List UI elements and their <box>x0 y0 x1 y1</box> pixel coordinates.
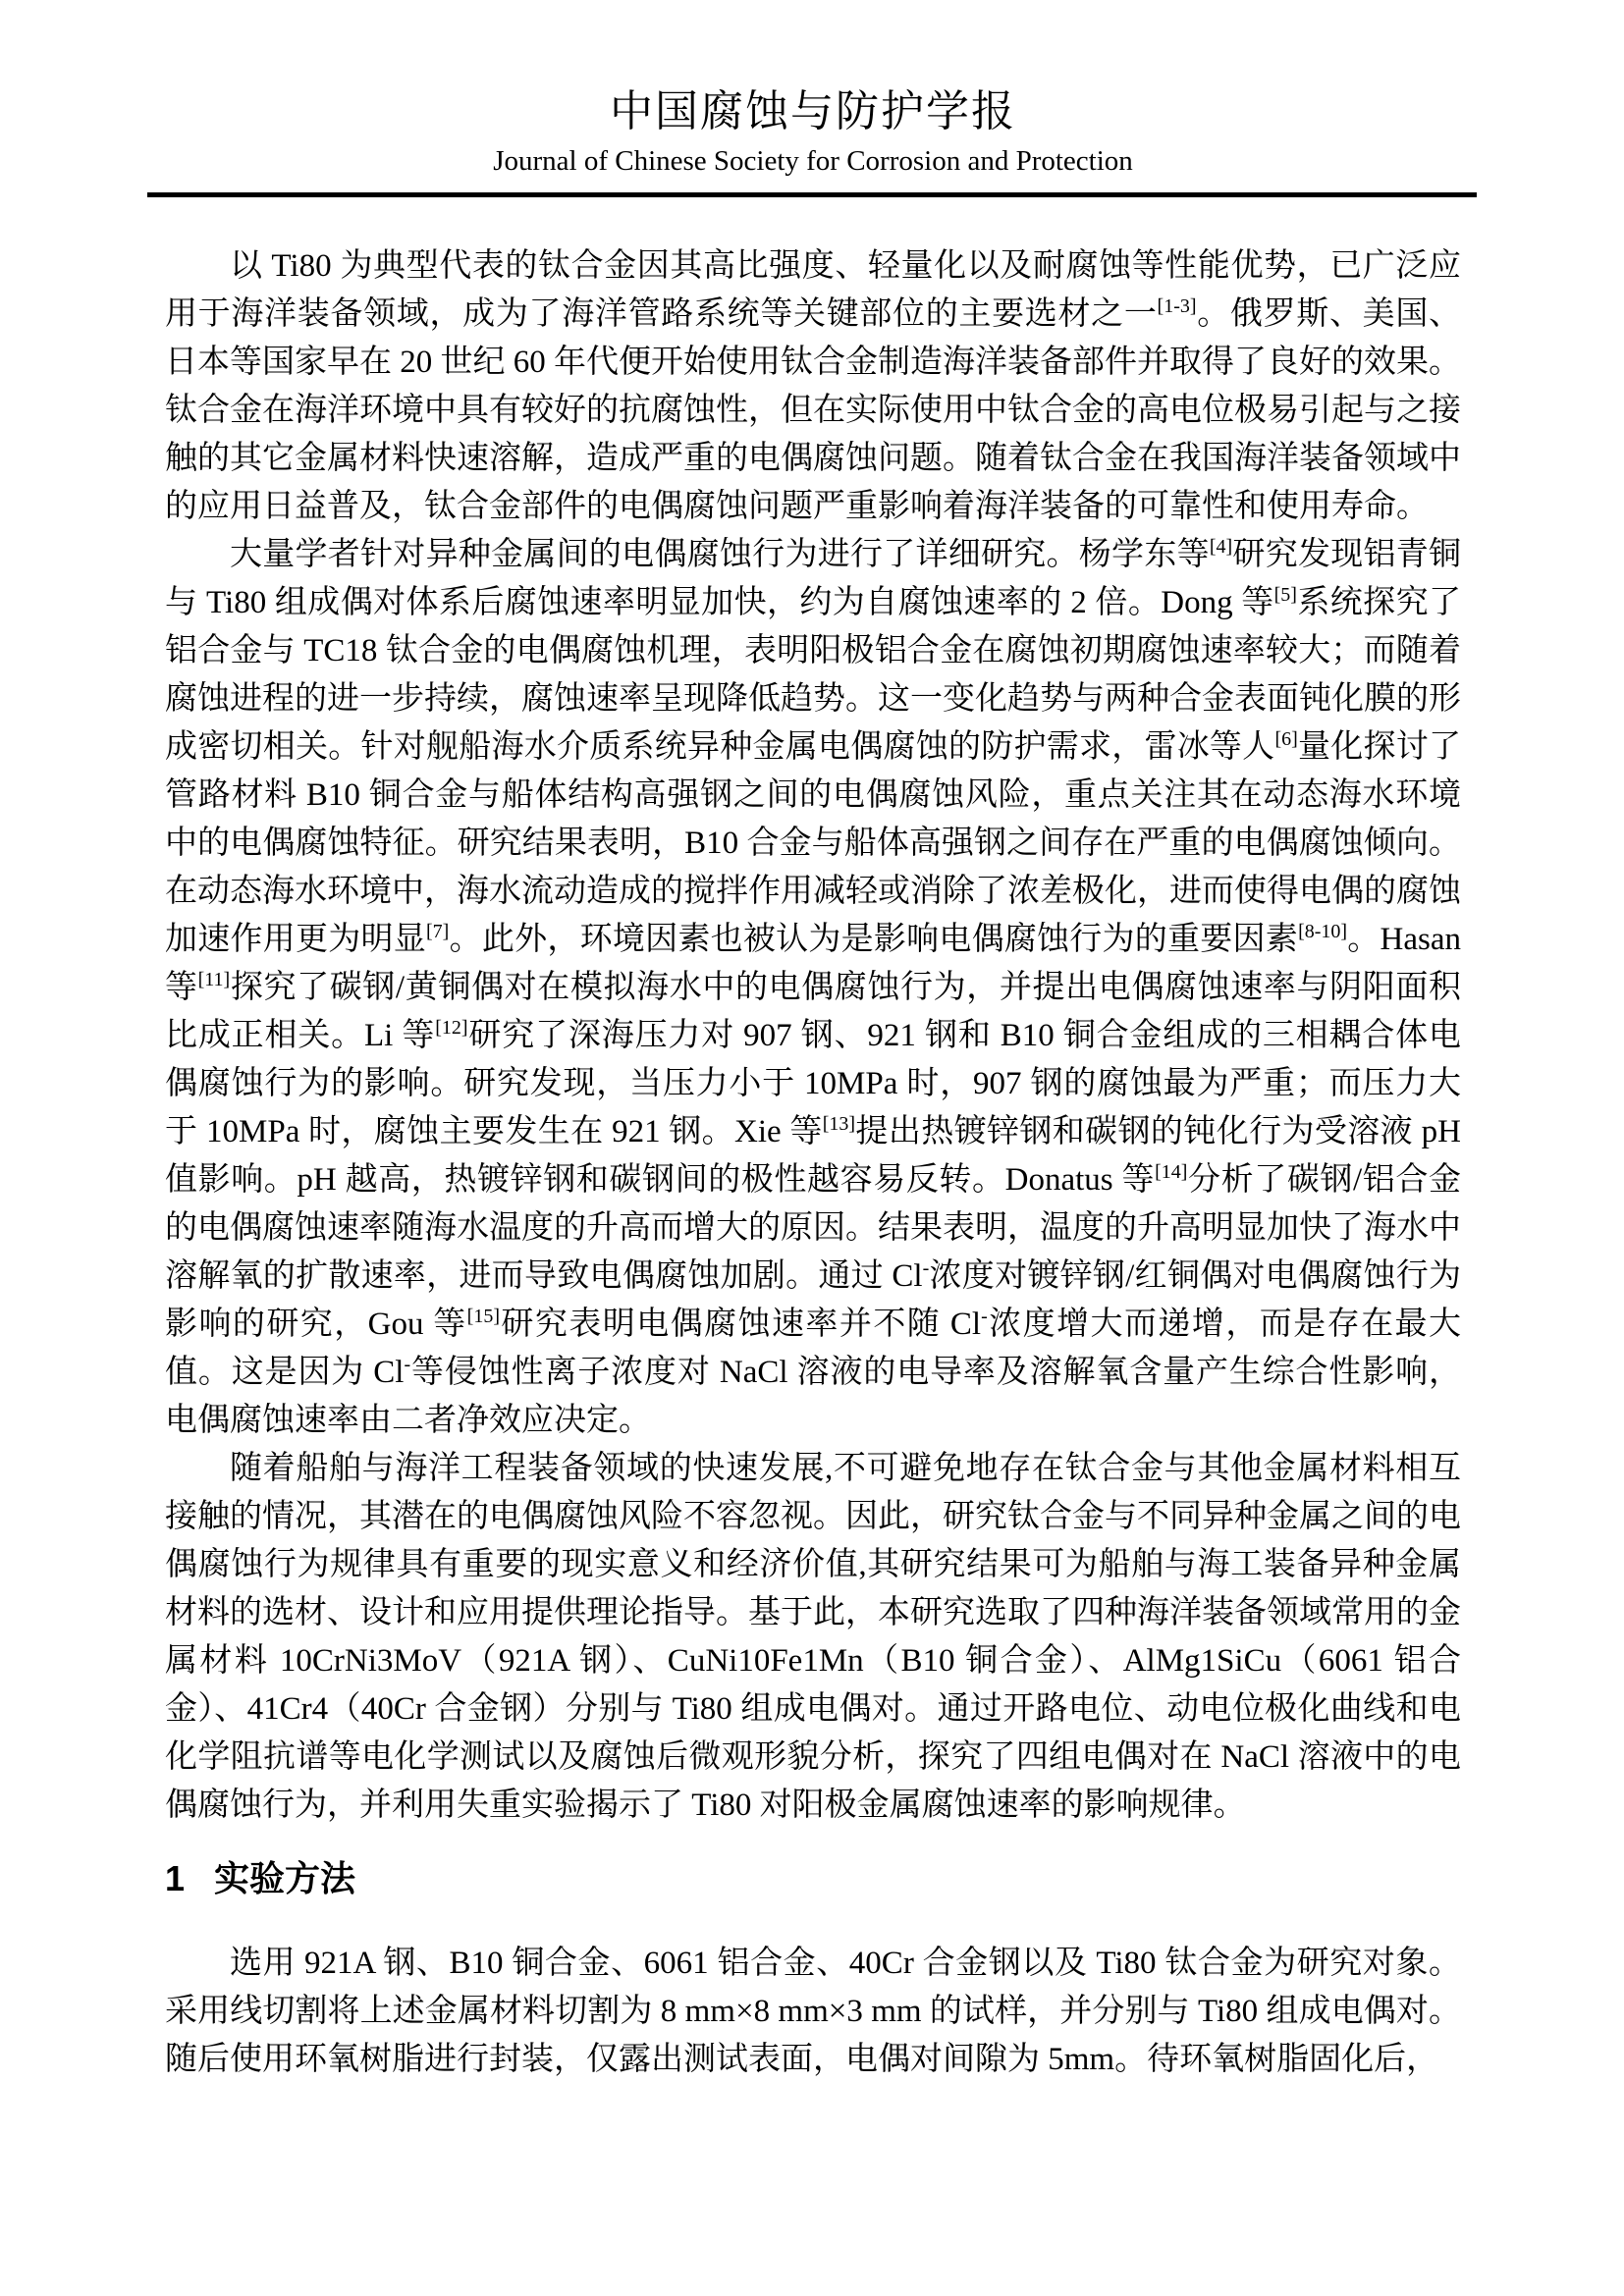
citation-ref: [5] <box>1274 584 1297 606</box>
citation-ref: [4] <box>1210 536 1232 558</box>
manuscript-page: 中国腐蚀与防护学报 Journal of Chinese Society for… <box>0 0 1624 2296</box>
paragraph-text: 随着船舶与海洋工程装备领域的快速发展,不可避免地存在钛合金与其他金属材料相互接触… <box>165 1451 1461 1823</box>
paragraph-text: 。此外，环境因素也被认为是影响电偶腐蚀行为的重要因素 <box>449 922 1298 957</box>
header-divider-rule <box>147 192 1477 197</box>
citation-ref: [13] <box>823 1113 855 1135</box>
journal-header: 中国腐蚀与防护学报 Journal of Chinese Society for… <box>165 84 1461 197</box>
citation-ref: [8-10] <box>1298 921 1347 942</box>
section-title: 实验方法 <box>214 1858 355 1898</box>
journal-title-chinese: 中国腐蚀与防护学报 <box>165 84 1461 139</box>
paragraph: 大量学者针对异种金属间的电偶腐蚀行为进行了详细研究。杨学东等[4]研究发现铝青铜… <box>165 531 1461 1445</box>
paragraph-text: 研究表明电偶腐蚀速率并不随 Cl <box>500 1307 981 1342</box>
document-body: 以 Ti80 为典型代表的钛合金因其高比强度、轻量化以及耐腐蚀等性能优势，已广泛… <box>165 242 1461 2084</box>
section-number: 1 <box>165 1858 185 1898</box>
citation-ref: [11] <box>198 969 231 990</box>
citation-ref: [7] <box>426 921 449 942</box>
paragraph: 选用 921A 钢、B10 铜合金、6061 铝合金、40Cr 合金钢以及 Ti… <box>165 1940 1461 2084</box>
citation-ref: [1-3] <box>1158 295 1197 317</box>
paragraph-text: 选用 921A 钢、B10 铜合金、6061 铝合金、40Cr 合金钢以及 Ti… <box>165 1946 1461 2077</box>
paragraph: 以 Ti80 为典型代表的钛合金因其高比强度、轻量化以及耐腐蚀等性能优势，已广泛… <box>165 242 1461 531</box>
citation-ref: [14] <box>1155 1161 1187 1183</box>
citation-ref: [12] <box>435 1017 467 1039</box>
paragraph-text: 大量学者针对异种金属间的电偶腐蚀行为进行了详细研究。杨学东等 <box>230 537 1210 572</box>
section-heading: 1实验方法 <box>165 1857 1461 1900</box>
citation-ref: [6] <box>1274 728 1297 750</box>
citation-ref: [15] <box>467 1306 500 1327</box>
journal-title-english: Journal of Chinese Society for Corrosion… <box>165 141 1461 181</box>
citation-ref: - <box>981 1306 988 1327</box>
paragraph: 随着船舶与海洋工程装备领域的快速发展,不可避免地存在钛合金与其他金属材料相互接触… <box>165 1445 1461 1830</box>
